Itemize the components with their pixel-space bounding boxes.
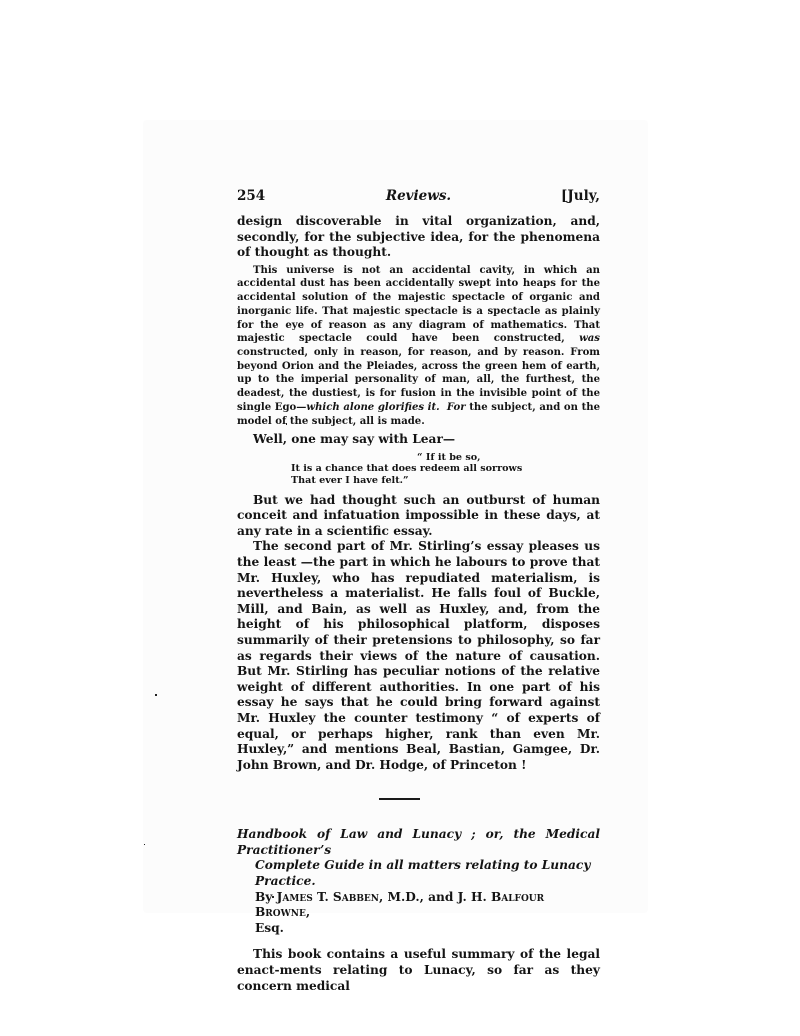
section-divider <box>379 798 420 800</box>
page-column: 254 Reviews. [July, design discoverable … <box>237 188 600 994</box>
paragraph-second-part: The second part of Mr. Stirling’s essay … <box>237 539 600 773</box>
review-title-line: Complete Guide in all matters relating t… <box>237 858 600 889</box>
author-name: James T. Sabben <box>277 890 379 904</box>
review-heading: Handbook of Law and Lunacy ; or, the Med… <box>237 827 600 936</box>
running-head: 254 Reviews. [July, <box>237 188 600 210</box>
opening-paragraph: design discoverable in vital organizatio… <box>237 214 600 261</box>
paragraph-outburst: But we had thought such an outburst of h… <box>237 493 600 540</box>
block-quote-italic: was <box>579 333 600 344</box>
block-quote-italic: For <box>447 402 466 413</box>
review-authors: By James T. Sabben, M.D., and J. H. Balf… <box>237 890 600 921</box>
verse-line: “ If it be so, <box>291 452 600 464</box>
by-label: By <box>255 890 277 904</box>
review-title-line: Handbook of Law and Lunacy ; or, the Med… <box>237 827 600 858</box>
scan-speck <box>144 844 145 845</box>
review-authors-esq: Esq. <box>237 921 600 937</box>
block-quote-italic: which alone glorifies it. <box>306 402 439 413</box>
verse-line: It is a chance that does redeem all sorr… <box>291 463 600 475</box>
verse-quote: “ If it be so, It is a chance that does … <box>291 452 600 487</box>
section-title: Reviews. <box>237 188 600 204</box>
verse-line: That ever I have felt.” <box>291 475 600 487</box>
scan-speck <box>155 694 157 696</box>
issue-date: [July, <box>561 188 600 204</box>
review-body: This book contains a useful summary of t… <box>237 947 600 994</box>
lear-intro: Well, one may say with Lear— <box>237 432 600 448</box>
author-suffix: , M.D., and <box>379 890 458 904</box>
author-suffix: , <box>306 905 310 919</box>
block-quote-text: This universe is not an accidental cavit… <box>237 265 600 345</box>
block-quote: This universe is not an accidental cavit… <box>237 264 600 428</box>
